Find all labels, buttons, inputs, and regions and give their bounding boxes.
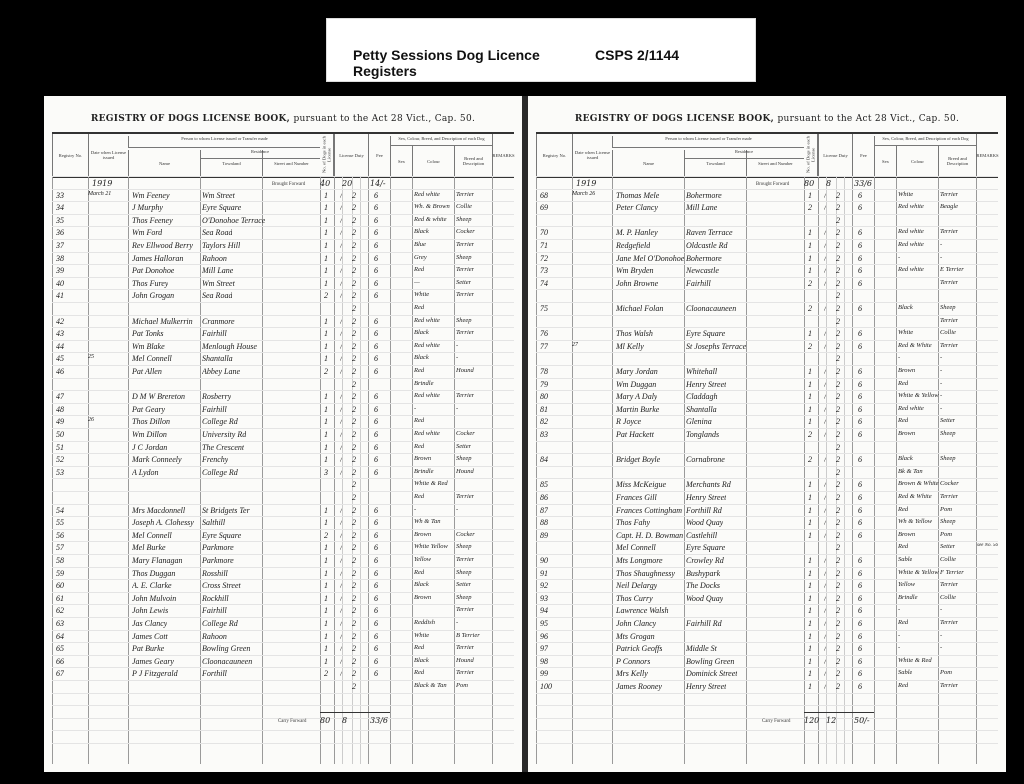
register-entry[interactable]: 80Mary A DalyCladdagh126White & Yellow-/ [536,391,998,404]
header-dogs: No. of Dogs in each License [804,134,818,176]
dog-colour: Red white [414,392,440,399]
register-entry[interactable]: 66James GearyCloonacauneen126BlackHound/ [52,656,514,669]
dog-colour: Black & Tan [414,682,447,689]
dog-count: 1 [324,317,328,326]
dog-colour: Black [414,581,429,588]
fee: 6 [858,405,862,414]
registry-number: 86 [540,493,548,502]
dog-count: 1 [324,354,328,363]
dog-colour: Sable [898,669,912,676]
owner-name: Wm Bryden [616,266,654,275]
fee: 6 [858,254,862,263]
dog-colour: White [414,632,429,639]
owner-name: Thos Furey [132,279,168,288]
townland: Fairhill [202,405,227,414]
register-entry[interactable]: 44Wm BlakeMenlough House126Red white-/ [52,341,514,354]
register-entry[interactable]: 4525Mel ConnellShantalla126Black-/ [52,353,514,366]
dog-breed: Terrier [456,644,474,651]
fee: 6 [374,594,378,603]
book-title-suffix: pursuant to the Act 28 Vict., Cap. 50. [778,114,960,124]
tick-mark: / [340,342,342,351]
registry-number: 82 [540,417,548,426]
dog-count: 1 [324,241,328,250]
dog-colour: Sable [898,556,912,563]
dog-colour: Red [898,417,908,424]
fee: 6 [858,632,862,641]
fee: 6 [374,266,378,275]
register-entry[interactable]: 35Thos FeeneyO'Donohoe Terrace126Red & w… [52,215,514,228]
register-entry[interactable]: 36Wm FordSea Road126BlackCocker/ [52,227,514,240]
dog-count: 1 [324,443,328,452]
register-entry[interactable]: 34J MurphyEyre Square126Wh. & BrownColli… [52,202,514,215]
license-duty: 2 [352,279,356,288]
fee: 6 [858,606,862,615]
tick-mark: / [824,506,826,515]
fee: 6 [858,480,862,489]
register-entry[interactable]: 41John GroganSea Road226WhiteTerrier/ [52,290,514,303]
register-entry[interactable]: 65Pat BurkeBowling Green126RedTerrier/ [52,643,514,656]
register-entry[interactable]: 43Pat TonksFairhill126BlackTerrier/ [52,328,514,341]
owner-name: Mts Grogan [616,632,655,641]
register-entry[interactable]: 74John BrowneFairhill226Terrier/ [536,278,998,291]
register-entry[interactable]: 39Pat DonohoeMill Lane126RedTerrier/ [52,265,514,278]
license-duty: 2 [352,594,356,603]
fee: 6 [374,657,378,666]
dog-breed: Terrier [940,228,958,235]
dog-count: 1 [324,266,328,275]
dog-breed: Terrier [456,191,474,198]
tick-mark: / [824,581,826,590]
register-entry[interactable]: 2Terrier [536,316,998,329]
dog-count: 1 [808,417,812,426]
dog-colour: Red white [414,430,440,437]
fee: 6 [374,317,378,326]
fee: 6 [374,644,378,653]
fee: 6 [374,455,378,464]
dog-count: 1 [324,606,328,615]
register-entry[interactable]: 95John ClancyFairhill Rd126RedTerrier/ [536,618,998,631]
register-entry[interactable]: 2 [536,290,998,303]
registry-number: 61 [56,594,64,603]
fee: 6 [858,266,862,275]
tick-mark: / [824,430,826,439]
dog-count: 1 [808,506,812,515]
townland: Fairhill [686,279,711,288]
license-duty: 2 [352,405,356,414]
fee: 6 [374,581,378,590]
owner-name: Rev Ellwood Berry [132,241,193,250]
register-entry[interactable]: 60A. E. ClarkeCross Street126BlackSetter… [52,580,514,593]
dog-count: 1 [808,569,812,578]
register-entry[interactable]: 92Neil DelargyThe Docks126YellowTerrier/ [536,580,998,593]
dog-count: 1 [808,480,812,489]
license-duty: 2 [352,241,356,250]
register-entry[interactable]: 86Frances GillHenry Street126Red & White… [536,492,998,505]
register-entry[interactable]: 46Pat AllenAbbey Lane226RedHound/ [52,366,514,379]
dog-breed: Terrier [456,291,474,298]
owner-name: J C Jordan [132,443,167,452]
license-duty: 2 [836,556,840,565]
dog-breed: Collie [940,594,956,601]
fee: 6 [374,329,378,338]
tick-mark: / [824,632,826,641]
owner-name: Mrs Kelly [616,669,648,678]
license-duty: 2 [836,480,840,489]
dog-colour: Yellow [898,581,915,588]
register-entry[interactable]: 2Brindle [52,379,514,392]
register-entry[interactable]: 97Patrick GeoffsMiddle St126--/ [536,643,998,656]
license-duty: 2 [836,644,840,653]
register-entry[interactable]: 82R JoyceGlenina126RedSetter/ [536,416,998,429]
license-duty: 2 [352,518,356,527]
dog-colour: Red [414,417,424,424]
townland: Rosshill [202,569,228,578]
registry-number: 65 [56,644,64,653]
dog-count: 1 [808,228,812,237]
owner-name: A. E. Clarke [132,581,172,590]
owner-name: Pat Hackett [616,430,654,439]
owner-name: Frances Gill [616,493,657,502]
registry-number: 89 [540,531,548,540]
dog-count: 1 [808,241,812,250]
license-duty: 2 [836,228,840,237]
fee: 6 [858,241,862,250]
register-entry[interactable]: 2 [536,442,998,455]
owner-name: Jane Mel O'Donohoe [616,254,684,263]
license-duty: 2 [352,657,356,666]
owner-name: Wm Ford [132,228,162,237]
dog-colour: - [898,632,900,639]
register-entry[interactable]: 89Capt. H. D. BowmanCastlehill126BrownPo… [536,530,998,543]
register-entry[interactable]: 100James RooneyHenry Street126RedTerrier… [536,681,998,694]
dog-colour: Red white [414,342,440,349]
dog-colour: Red [414,669,424,676]
townland: Cornabrone [686,455,725,464]
header-remarks: REMARKS [976,134,998,176]
register-entry[interactable]: 4926Thos DillonCollege Rd126Red/ [52,416,514,429]
license-duty: 2 [836,518,840,527]
fee: 6 [374,443,378,452]
dog-breed: Collie [940,556,956,563]
register-grid: 1919Brought Forward402014/-33March 21Wm … [52,176,514,764]
license-duty: 2 [836,291,840,300]
license-duty: 2 [836,203,840,212]
tick-mark: / [824,191,826,200]
townland: Cloonacauneen [202,657,252,666]
dog-colour: White & Red [414,480,448,487]
license-duty: 2 [836,191,840,200]
registry-number: 84 [540,455,548,464]
dog-count: 1 [324,518,328,527]
registry-number: 39 [56,266,64,275]
header-name: Name [128,150,200,176]
license-duty: 2 [836,317,840,326]
register-entry[interactable]: 48Pat GearyFairhill126--/ [52,404,514,417]
register-entry[interactable]: 2Black & TanPom [52,681,514,694]
date-issued: 26 [88,417,94,423]
fee: 6 [858,417,862,426]
dog-breed: Hound [456,367,474,374]
townland: Fairhill [202,606,227,615]
fee: 6 [374,241,378,250]
townland: Mill Lane [686,203,717,212]
registry-number: 54 [56,506,64,515]
register-entry[interactable]: 94Lawrence Walsh126--/ [536,605,998,618]
license-duty: 2 [836,417,840,426]
registry-number: 66 [56,657,64,666]
license-duty: 2 [352,380,356,389]
tick-mark: / [824,569,826,578]
registry-number: 79 [540,380,548,389]
dog-count: 1 [324,644,328,653]
register-entry[interactable]: 61John MulvoinRockhill126BrownSheep/ [52,593,514,606]
registry-number: 69 [540,203,548,212]
register-entry[interactable]: 93Thos CurryWood Quay126BrindleCollie/ [536,593,998,606]
tick-mark: / [340,417,342,426]
license-duty: 2 [352,531,356,540]
fee: 6 [858,392,862,401]
townland: Bowling Green [202,644,250,653]
registry-number: 60 [56,581,64,590]
license-duty: 2 [836,304,840,313]
dog-breed: - [940,354,942,361]
license-duty: 2 [352,354,356,363]
tick-mark: / [340,291,342,300]
townland: Salthill [202,518,225,527]
license-duty: 2 [352,506,356,515]
header-residence: Residence [200,149,320,159]
registry-number: 35 [56,216,64,225]
tick-mark: / [340,455,342,464]
register-entry[interactable]: 71RedgefieldOldcastle Rd126Red white-/ [536,240,998,253]
dog-breed: Cocker [456,430,475,437]
register-entry[interactable]: 2RedTerrier [52,492,514,505]
register-entry[interactable]: 64James CottRahoon126WhiteB Terrier/ [52,631,514,644]
archive-reference: CSPS 2/1144 [595,47,679,63]
townland: Eyre Square [202,531,241,540]
register-entry[interactable]: 85Miss McKeigueMerchants Rd126Brown & Wh… [536,479,998,492]
register-entry[interactable]: 2Red [52,303,514,316]
dog-breed: Terrier [940,619,958,626]
owner-name: John Clancy [616,619,656,628]
tick-mark: / [340,392,342,401]
owner-name: Martin Burke [616,405,659,414]
register-entry[interactable]: 54Mrs MacdonnellSt Bridgets Ter126--/ [52,505,514,518]
dog-breed: - [940,644,942,651]
tick-mark: / [340,241,342,250]
register-entry[interactable]: 55Joseph A. ClohessySalthill126Wh & Tan/ [52,517,514,530]
fee: 6 [374,468,378,477]
carry-forward-fee: 33/6 [370,716,388,725]
register-entry[interactable]: 87Frances CottinghamForthill Rd126RedPom… [536,505,998,518]
register-entry[interactable]: 69Peter ClancyMill Lane226Red whiteBeagl… [536,202,998,215]
townland: Rockhill [202,594,229,603]
owner-name: D M W Brereton [132,392,185,401]
register-entry[interactable]: 67P J FitzgeraldForthill226RedTerrier/ [52,668,514,681]
owner-name: Mel Connell [132,354,172,363]
register-entry[interactable]: 83Pat HackettTonglands226BrownSheep/ [536,429,998,442]
registry-number: 100 [540,682,552,691]
register-entry[interactable]: 2-- [536,353,998,366]
register-entry[interactable]: 59Thos DugganRosshill126RedSheep/ [52,568,514,581]
register-entry[interactable]: 70M. P. HanleyRaven Terrace126Red whiteT… [536,227,998,240]
register-entry[interactable]: 90Mts LongmoreCrowley Rd126SableCollie/ [536,555,998,568]
register-entry[interactable]: 33March 21Wm FeeneyWm Street126Red white… [52,190,514,203]
register-entry[interactable]: 88Thos FahyWood Quay126Wh & YellowSheep/ [536,517,998,530]
license-duty: 2 [352,644,356,653]
townland: Eyre Square [202,203,241,212]
tick-mark: / [340,228,342,237]
townland: Eyre Square [686,543,725,552]
register-entry[interactable]: 53A LydonCollege Rd326BrindleHound/ [52,467,514,480]
register-entry[interactable]: 47D M W BreretonRosberry126Red whiteTerr… [52,391,514,404]
carry-forward-label: Carry Forward [762,719,790,724]
license-duty: 2 [836,632,840,641]
dog-count: 1 [808,380,812,389]
dog-count: 1 [324,342,328,351]
dog-colour: Red white [898,405,924,412]
dog-count: 1 [808,329,812,338]
dog-count: 1 [808,531,812,540]
header-duty: License Duty [334,134,368,176]
register-entry[interactable]: 62John LewisFairhill126Terrier/ [52,605,514,618]
register-entry[interactable]: 72Jane Mel O'DonohoeBohermore126--/ [536,253,998,266]
tick-mark: / [824,455,826,464]
license-duty: 2 [836,329,840,338]
tick-mark: / [824,493,826,502]
townland: Forthill [202,669,227,678]
license-duty: 2 [836,430,840,439]
townland: College Rd [202,417,238,426]
license-duty: 2 [836,581,840,590]
tick-mark: / [824,644,826,653]
owner-name: Pat Tonks [132,329,164,338]
register-entry[interactable]: 7727Ml KellySt Josephs Terrace226Red & W… [536,341,998,354]
tick-mark: / [340,354,342,363]
register-entry[interactable]: 50Wm DillonUniversity Rd126Red whiteCock… [52,429,514,442]
registry-number: 87 [540,506,548,515]
register-entry[interactable]: 81Martin BurkeShantalla126Red white-/ [536,404,998,417]
column-header: Registry No.Date when License issuedName… [536,132,998,178]
license-duty: 2 [836,682,840,691]
townland: Taylors Hill [202,241,240,250]
owner-name: Wm Blake [132,342,165,351]
owner-name: M. P. Hanley [616,228,658,237]
register-entry[interactable]: 56Mel ConnellEyre Square226BrownCocker/ [52,530,514,543]
register-entry[interactable]: 37Rev Ellwood BerryTaylors Hill126BlueTe… [52,240,514,253]
register-entry[interactable]: 42Michael MulkerrinCranmore126Red whiteS… [52,316,514,329]
registry-number: 75 [540,304,548,313]
register-entry[interactable]: 96Mts Grogan126--/ [536,631,998,644]
dog-count: 1 [808,254,812,263]
register-entry[interactable]: 78Mary JordanWhitehall126Brown-/ [536,366,998,379]
dog-colour: Black [414,329,429,336]
register-entry[interactable]: 75Michael FolanCloonacauneen226BlackShee… [536,303,998,316]
register-entry[interactable]: 57Mel BurkeParkmore126White YellowSheep/ [52,542,514,555]
register-entry[interactable]: 40Thos FureyWm Street126—Setter/ [52,278,514,291]
tick-mark: / [824,531,826,540]
registry-number: 83 [540,430,548,439]
owner-name: Patrick Geoffs [616,644,662,653]
license-duty: 2 [836,506,840,515]
dog-colour: Red [414,266,424,273]
dog-count: 1 [808,594,812,603]
carry-forward-dogs: 120 [804,716,819,725]
archive-label-slip: Petty Sessions Dog Licence Registers CSP… [326,18,756,82]
register-entry[interactable]: 52Mark ConneelyFrenchy126BrownSheep/ [52,454,514,467]
register-entry[interactable]: 58Mary FlanaganParkmore126YellowTerrier/ [52,555,514,568]
dog-breed: Setter [456,581,471,588]
carry-forward-row: Carry Forward1201250/- [536,715,998,728]
owner-name: Thos Feeney [132,216,173,225]
dog-breed: Sheep [456,216,472,223]
fee: 6 [858,518,862,527]
register-entry[interactable]: 91Thos ShaughnessyBushypark126White & Ye… [536,568,998,581]
fee: 6 [374,367,378,376]
fee: 6 [858,228,862,237]
register-entry[interactable]: 2 [536,215,998,228]
dog-colour: White [898,191,913,198]
register-entry[interactable]: 73Wm BrydenNewcastle126Red whiteE Terrie… [536,265,998,278]
dog-breed: - [940,367,942,374]
register-entry[interactable]: 2Bk & Tan [536,467,998,480]
dog-breed: - [456,506,458,513]
register-entry[interactable]: 79Wm DugganHenry Street126Red-/ [536,379,998,392]
owner-name: James Geary [132,657,174,666]
header-colour: Colour [896,146,938,176]
owner-name: Joseph A. Clohessy [132,518,194,527]
register-entry[interactable]: 99Mrs KellyDominick Street126SablePom/ [536,668,998,681]
owner-name: Mary A Daly [616,392,657,401]
fee: 6 [374,543,378,552]
year: 1919 [92,179,112,188]
archive-label-title: Petty Sessions Dog Licence Registers [353,47,583,79]
dog-breed: Pom [940,506,952,513]
registry-number: 73 [540,266,548,275]
dog-count: 2 [324,669,328,678]
dog-count: 2 [324,291,328,300]
registry-number: 95 [540,619,548,628]
dog-colour: Brown [414,594,431,601]
register-entry[interactable]: 51J C JordanThe Crescent126RedSetter/ [52,442,514,455]
dog-breed: E Terrier [940,266,964,273]
register-entry[interactable]: Mel ConnellEyre Square2RedSettersee No. … [536,542,998,555]
register-entry[interactable]: 76Thos WalshEyre Square126WhiteCollie/ [536,328,998,341]
register-entry[interactable]: 84Bridget BoyleCornabrone226BlackSheep/ [536,454,998,467]
register-entry[interactable]: 63Jas ClancyCollege Rd126Reddish-/ [52,618,514,631]
tick-mark: / [340,367,342,376]
registry-number: 51 [56,443,64,452]
register-entry[interactable]: 2White & Red [52,479,514,492]
dog-count: 2 [808,342,812,351]
register-entry[interactable]: 38James HalloranRahoon126GreySheep/ [52,253,514,266]
fee: 6 [858,682,862,691]
townland: Tonglands [686,430,719,439]
dog-colour: Brown [898,430,915,437]
fee: 6 [858,669,862,678]
fee: 6 [858,380,862,389]
dog-breed: Terrier [940,342,958,349]
registry-number: 33 [56,191,64,200]
dog-breed: Terrier [940,682,958,689]
register-entry[interactable]: 68March 26Thomas MeleBohermore126WhiteTe… [536,190,998,203]
tick-mark: / [824,241,826,250]
header-date: Date when License issued [88,134,128,176]
register-entry[interactable]: 98P ConnorsBowling Green126White & Red/ [536,656,998,669]
dog-breed: Pom [456,682,468,689]
row-rule [52,705,514,706]
fee: 6 [858,556,862,565]
